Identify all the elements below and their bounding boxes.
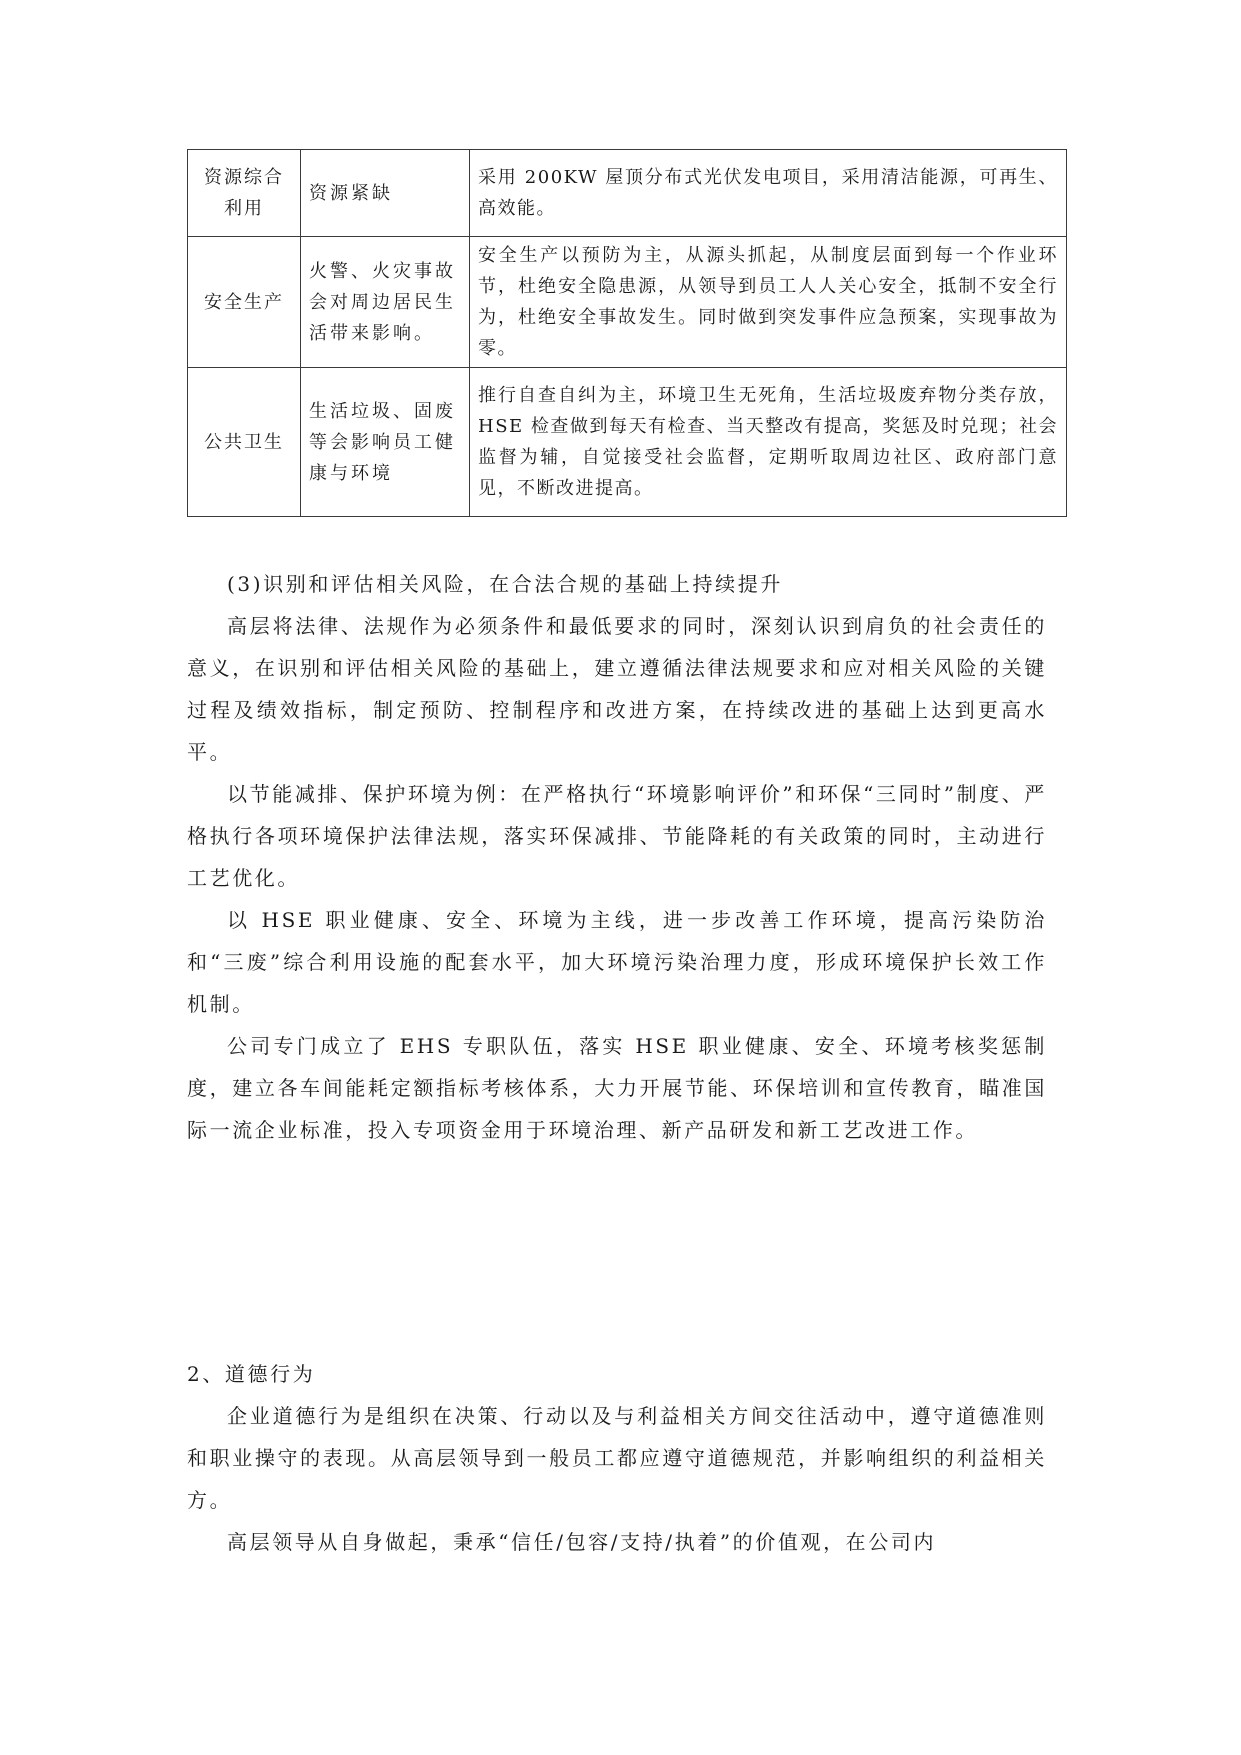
- table-cell-impact: 火警、火灾事故会对周边居民生活带来影响。: [301, 237, 470, 368]
- table-cell-impact: 生活垃圾、固废等会影响员工健康与环境: [301, 368, 470, 517]
- table-cell-category: 公共卫生: [188, 368, 301, 517]
- document-page: 资源综合利用 资源紧缺 采用 200KW 屋顶分布式光伏发电项目，采用清洁能源，…: [0, 0, 1241, 1755]
- paragraph: 高层领导从自身做起，秉承“信任/包容/支持/执着”的价值观，在公司内: [187, 1521, 1047, 1563]
- paragraph: 以节能减排、保护环境为例：在严格执行“环境影响评价”和环保“三同时”制度、严格执…: [187, 773, 1047, 899]
- table-cell-category: 资源综合利用: [188, 150, 301, 237]
- table-cell-measures: 推行自查自纠为主，环境卫生无死角，生活垃圾废弃物分类存放，HSE 检查做到每天有…: [470, 368, 1067, 517]
- table-cell-measures: 采用 200KW 屋顶分布式光伏发电项目，采用清洁能源，可再生、高效能。: [470, 150, 1067, 237]
- paragraph: 以 HSE 职业健康、安全、环境为主线，进一步改善工作环境，提高污染防治和“三废…: [187, 899, 1047, 1025]
- table-row: 资源综合利用 资源紧缺 采用 200KW 屋顶分布式光伏发电项目，采用清洁能源，…: [188, 150, 1067, 237]
- section-heading: 2、道德行为: [187, 1353, 1047, 1395]
- table-row: 安全生产 火警、火灾事故会对周边居民生活带来影响。 安全生产以预防为主，从源头抓…: [188, 237, 1067, 368]
- section-heading: (3)识别和评估相关风险，在合法合规的基础上持续提升: [187, 563, 1047, 605]
- table-cell-category: 安全生产: [188, 237, 301, 368]
- paragraph: 高层将法律、法规作为必须条件和最低要求的同时，深刻认识到肩负的社会责任的意义，在…: [187, 605, 1047, 773]
- table-cell-impact: 资源紧缺: [301, 150, 470, 237]
- paragraph: 公司专门成立了 EHS 专职队伍，落实 HSE 职业健康、安全、环境考核奖惩制度…: [187, 1025, 1047, 1151]
- section-risk-assessment: (3)识别和评估相关风险，在合法合规的基础上持续提升 高层将法律、法规作为必须条…: [187, 563, 1047, 1151]
- section-ethical-behavior: 2、道德行为 企业道德行为是组织在决策、行动以及与利益相关方间交往活动中，遵守道…: [187, 1353, 1047, 1563]
- table-row: 公共卫生 生活垃圾、固废等会影响员工健康与环境 推行自查自纠为主，环境卫生无死角…: [188, 368, 1067, 517]
- paragraph: 企业道德行为是组织在决策、行动以及与利益相关方间交往活动中，遵守道德准则和职业操…: [187, 1395, 1047, 1521]
- risk-measures-table: 资源综合利用 资源紧缺 采用 200KW 屋顶分布式光伏发电项目，采用清洁能源，…: [187, 149, 1067, 517]
- table-cell-measures: 安全生产以预防为主，从源头抓起，从制度层面到每一个作业环节，杜绝安全隐患源，从领…: [470, 237, 1067, 368]
